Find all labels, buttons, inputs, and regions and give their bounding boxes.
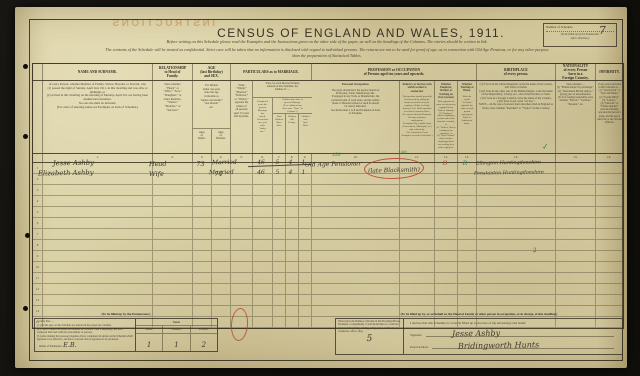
cell [212,295,231,305]
cell [253,306,273,316]
cell [153,295,193,305]
cell [477,284,556,294]
header-body-band: of every Person, whether Member of Famil… [33,81,623,153]
cell [312,196,400,206]
cell [400,295,435,305]
cell [286,240,299,250]
cell [193,196,212,206]
entry-relationship-row2: Wife [149,170,164,178]
header-infirmity: INFIRMITY. [596,64,623,80]
header-rownum-body [33,81,43,153]
header-children-group: Children born alive to present Marriage.… [273,98,312,153]
postal-address-value: Bridingworth Hunts [458,340,539,350]
cell [458,218,477,228]
entry-marriage-row2: Married [209,169,234,176]
entry-age-row1: 73 [191,160,210,168]
cell [556,251,596,261]
totals-males-label: Males. [136,326,163,333]
cell [253,273,273,283]
instruction-line-2: The contents of the Schedule will be tre… [42,47,612,59]
cell [435,218,458,228]
census-table: NAME AND SURNAME. RELATIONSHIP to Head o… [32,63,624,329]
row-number: 9 [33,251,43,261]
cell [286,207,299,217]
header-marital-status: Write “Single,” “Married,” “Widower,” or… [231,81,253,153]
cell [596,163,623,173]
cell [43,273,153,283]
cell [596,196,623,206]
entry-occupation-note-row1: (late Blacksmith) [368,166,420,174]
cell [556,163,596,173]
cell [153,240,193,250]
header-nationality-body: State whether:— (1) “British subject by … [556,81,596,153]
cell [400,240,435,250]
table-row-10: 10 [33,262,623,273]
cell [596,229,623,239]
declaration-text: I declare that this Schedule is correctl… [410,321,614,325]
initials-value: E.B. [63,341,77,349]
cell [596,284,623,294]
header-at-home-title: Whether Working at Home. [458,81,476,94]
header-age: AGE (last Birthday) and SEX. [193,64,231,80]
entry-marriage-row1: Married [212,159,237,166]
column-number: 15. [556,154,596,162]
cell [193,262,212,272]
cell [286,306,299,316]
cell [231,207,253,217]
cell [299,273,312,283]
registration-dot [23,134,28,139]
rooms-value: 5 [338,334,401,347]
rooms-text: Write below the Number of Rooms in this … [338,320,401,333]
cell [153,273,193,283]
entry-relationship-row1: Head [149,160,167,168]
header-birthplace: BIRTHPLACE of every person. [477,64,556,80]
postal-address-label: Postal Address [410,345,428,349]
header-years-married: Completed years the present Marriage has… [253,98,273,153]
householder-box: Write below the Number of Rooms in this … [335,318,623,355]
cell [299,240,312,250]
cell [400,207,435,217]
cell [273,273,286,283]
row-number: 8 [33,240,43,250]
enumerator-section: (To be filled up by the Enumerator.) I c… [34,312,218,352]
entry-employer-mark-row1: O [434,160,456,167]
header-personal-occupation-body: The reply should show the precise branch… [312,88,399,117]
cell [458,284,477,294]
cell [458,196,477,206]
signature-value: Jesse Ashby [452,328,500,338]
cell [435,196,458,206]
table-row-12: 12 [33,284,623,295]
signature-row: Signature Jesse Ashby [410,329,614,337]
entry-years-row2: 46 [251,169,271,176]
cell [231,251,253,261]
totals-persons-label: Persons. [191,326,217,333]
cell [400,262,435,272]
signature-label: Signature [410,333,422,337]
cell [435,185,458,195]
cell [231,295,253,305]
cell [458,273,477,283]
cell [435,207,458,217]
header-industry-body: This question should generally be answer… [400,94,434,138]
cell [400,284,435,294]
cell [400,229,435,239]
cell [193,229,212,239]
header-at-home-body: Write the words “At Home” opposite the n… [458,94,476,126]
header-age-column: For Infants under one year state the age… [193,81,231,153]
cell [273,185,286,195]
cell [556,174,596,184]
cell [193,218,212,228]
cell [273,284,286,294]
entry-died-row2: 1 [297,169,310,176]
cell [43,240,153,250]
householder-section: (To be filled up by, or on behalf of, th… [335,312,623,355]
cell [596,185,623,195]
row-number: 12 [33,284,43,294]
cell [299,185,312,195]
cell [193,207,212,217]
header-at-home: Whether Working at Home. Write the words… [458,81,477,153]
cell [286,273,299,283]
header-marriage: PARTICULARS as to MARRIAGE. [231,64,312,80]
cell [231,273,253,283]
cell [193,295,212,305]
cell [596,218,623,228]
cell [435,229,458,239]
cell [299,306,312,316]
header-name-body: of every Person, whether Member of Famil… [43,81,153,153]
header-personal-occupation: Personal Occupation. The reply should sh… [312,81,400,153]
totals-females-value: 1 [174,341,178,349]
cell [477,207,556,217]
table-row-4: 4 [33,196,623,207]
header-name: NAME AND SURNAME. [43,64,153,80]
cell [253,218,273,228]
cell [253,262,273,272]
cell [212,273,231,283]
cell [273,295,286,305]
cell [273,317,286,327]
cell [286,262,299,272]
registration-dot [23,306,28,311]
cell [556,207,596,217]
cell [312,229,400,239]
instruction-line-1: Before writing on this Schedule please r… [60,39,594,44]
cell [299,295,312,305]
cell [286,295,299,305]
cell [193,240,212,250]
cell [435,240,458,250]
header-married-woman-group: State, for each Married Woman entered on… [253,81,312,153]
table-row-2: 2 [33,174,623,185]
header-profession-columns: Personal Occupation. The reply should sh… [312,81,477,153]
cell [477,196,556,206]
cell [435,262,458,272]
cell [312,218,400,228]
totals-males-value: 1 [147,341,151,349]
header-group-titles: NAME AND SURNAME. RELATIONSHIP to Head o… [33,64,623,81]
initials-label: Initials of Enumerator. [39,345,62,348]
certify-intro: I certify that :— [37,320,133,323]
header-children-born: Total Children Born Alive. [273,114,286,153]
column-number-blank [33,154,43,162]
signature-line: Jesse Ashby [426,328,614,337]
cell [458,251,477,261]
cell [43,295,153,305]
cell [286,218,299,228]
cell [43,284,153,294]
cell [596,251,623,261]
enumerator-certification: I certify that :— (1.) All the ages on t… [35,319,135,351]
cell [477,218,556,228]
row-number: 4 [33,196,43,206]
cell [273,196,286,206]
header-industry-title: Industry or Service with which worker is… [400,81,434,94]
cell [43,262,153,272]
cell [153,185,193,195]
cell [212,218,231,228]
cell [299,251,312,261]
header-children-intro: Children born alive to present Marriage.… [273,98,312,114]
cell [253,196,273,206]
entry-occupation-row1: Old Age Pensioner [305,161,361,169]
row-number: 6 [33,218,43,228]
cell [556,218,596,228]
cell [435,174,458,184]
cell [435,273,458,283]
cell [299,284,312,294]
row-number: 13 [33,295,43,305]
table-rows: 123456789101112131415 [33,163,623,328]
cell [435,251,458,261]
entry-living-row2: 4 [284,169,297,176]
cell [312,251,400,261]
totals-females-label: Females. [163,326,190,333]
cell [556,229,596,239]
header-ages-males: Ages of Males. [193,129,212,153]
cell [556,185,596,195]
header-nationality: NATIONALITY of every Person born in a Fo… [556,64,596,80]
entry-born-row2: 5 [271,169,284,176]
cell [299,262,312,272]
cell [273,251,286,261]
cell [312,207,400,217]
photo-backdrop: INSTRUCTIONS CENSUS OF ENGLAND AND WALES… [0,0,640,376]
cell [153,251,193,261]
cell [212,251,231,261]
header-children-died: Children who have Died. [299,114,312,153]
cell [153,262,193,272]
cell [253,295,273,305]
cell [286,317,299,327]
cell [253,229,273,239]
cell [193,284,212,294]
cell [43,207,153,217]
cell [400,251,435,261]
cell [299,196,312,206]
declaration-cell: I declare that this Schedule is correctl… [404,319,622,354]
cell [43,251,153,261]
cell [400,185,435,195]
cell [43,229,153,239]
enumerator-box: I certify that :— (1.) All the ages on t… [34,318,218,352]
cell [273,262,286,272]
cell [596,240,623,250]
cell [477,273,556,283]
cell [212,240,231,250]
table-row-5: 5 [33,207,623,218]
cell [477,295,556,305]
cell [400,218,435,228]
cell [596,262,623,272]
cell [273,306,286,316]
cell [231,196,253,206]
cell [458,240,477,250]
cell [43,218,153,228]
header-personal-occupation-title: Personal Occupation. [312,81,399,88]
header-ages-females: Ages of Females. [212,129,230,153]
postal-address-line: Bridingworth Hunts [432,340,614,349]
occupation-note-circled: (late Blacksmith) [364,158,424,179]
cell [312,284,400,294]
header-relationship-body: State whether “Head,” or “Wife,” “Son,” … [153,81,193,153]
cell [477,262,556,272]
cell [458,295,477,305]
cell [458,262,477,272]
cell [273,240,286,250]
cell [153,207,193,217]
form-border: CENSUS OF ENGLAND AND WALES, 1911. Numbe… [29,19,623,361]
cell [212,262,231,272]
enumerator-initials-row: Initials of Enumerator. E.B. [39,341,77,349]
certify-item-2: (2.) I have counted the males and female… [37,328,133,335]
cell [212,207,231,217]
cell [477,229,556,239]
cell [193,273,212,283]
header-profession: PROFESSION or OCCUPATION of Persons aged… [312,64,477,80]
census-schedule-page: INSTRUCTIONS CENSUS OF ENGLAND AND WALES… [15,7,627,368]
cell [231,218,253,228]
table-row-7: 7 [33,229,623,240]
red-margin-mark: 2 [533,247,538,254]
entry-birthplace-row2: Fenstanton Huntingdonshire [474,170,544,176]
cell [312,295,400,305]
cell [43,196,153,206]
cell [477,185,556,195]
row-number: 10 [33,262,43,272]
cell [231,284,253,294]
cell [299,207,312,217]
totals-title: Total. [136,319,217,326]
header-children-living: Children still Living. [286,114,299,153]
registration-dot [23,64,28,69]
row-number: 5 [33,207,43,217]
cell [312,240,400,250]
cell [299,218,312,228]
cell [212,284,231,294]
cell [231,174,253,184]
row-number: 7 [33,229,43,239]
cell [477,240,556,250]
rooms-cell: Write below the Number of Rooms in this … [336,319,404,354]
totals-table: Total. Males. Females. Persons. 1 1 2 [135,319,217,351]
entry-name-row2: Elizabeth Ashby [38,169,94,178]
header-age-labels: Ages of Males. Ages of Females. [193,128,230,153]
header-industry: Industry or Service with which worker is… [400,81,435,153]
cell [556,273,596,283]
cell [556,295,596,305]
column-number: 16. [596,154,623,162]
cell [299,317,312,327]
header-rownum-blank [33,64,43,80]
row-number: 3 [33,185,43,195]
header-married-woman-intro: State, for each Married Woman entered on… [253,81,312,98]
cell [231,229,253,239]
cell [312,262,400,272]
cell [286,196,299,206]
cell [231,240,253,250]
cell [43,185,153,195]
cell [435,284,458,294]
cell [273,229,286,239]
cell [458,185,477,195]
cell [212,196,231,206]
cell [212,229,231,239]
cell [273,218,286,228]
cell [286,229,299,239]
cell [253,207,273,217]
table-row-13: 13 [33,295,623,306]
cell [596,295,623,305]
certify-item-1: (1.) All the ages on this Schedule are e… [37,324,133,327]
cell [153,229,193,239]
cell [596,273,623,283]
cell [312,185,400,195]
cell [286,284,299,294]
cell [286,185,299,195]
cell [212,185,231,195]
cell [556,196,596,206]
cell [556,284,596,294]
cell [556,262,596,272]
schedule-number-value: 7 [599,24,606,38]
header-employer: Whether Employer, Worker, or Working on … [435,81,458,153]
cell [477,251,556,261]
cell [153,284,193,294]
cell [400,273,435,283]
cell [596,207,623,217]
header-infirmity-body: If any person included in this Schedule … [596,81,623,153]
cell [231,185,253,195]
form-title: CENSUS OF ENGLAND AND WALES, 1911. [216,26,506,40]
green-annotation-190: 190 [398,151,407,156]
cell [193,251,212,261]
cell [435,295,458,305]
cell [299,229,312,239]
header-marriage-columns: Write “Single,” “Married,” “Widower,” or… [231,81,312,153]
cell [253,251,273,261]
header-relationship: RELATIONSHIP to Head of Family. [153,64,193,80]
table-row-3: 3 [33,185,623,196]
totals-persons-value: 2 [202,341,206,349]
cell [273,207,286,217]
entry-home-mark-row1: R [456,160,474,167]
header-employer-body: Write opposite the name of each person e… [435,100,457,151]
cell [400,196,435,206]
